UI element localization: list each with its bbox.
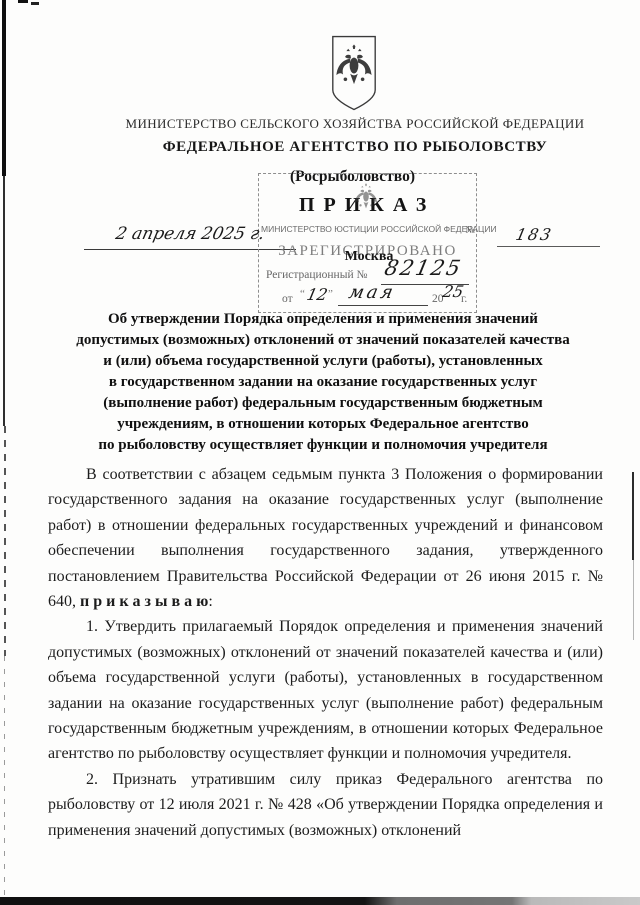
scanned-order-page: МИНИСТЕРСТВО СЕЛЬСКОГО ХОЗЯЙСТВА РОССИЙС… xyxy=(0,0,640,905)
agency-name: ФЕДЕРАЛЬНОЕ АГЕНТСТВО ПО РЫБОЛОВСТВУ xyxy=(70,139,640,156)
stamp-quote-open: “ xyxy=(300,288,305,300)
handwritten-issue-date: 2 апреля 2025 г. xyxy=(82,224,298,244)
scan-artifact-left-edge xyxy=(4,656,5,896)
handwritten-reg-month: мая xyxy=(349,282,396,303)
scan-artifact-left-edge xyxy=(3,176,5,426)
order-title-line: (выполнение работ) федеральным государст… xyxy=(37,393,609,414)
preamble-paragraph: В соответствии с абзацем седьмым пункта … xyxy=(48,462,603,614)
order-title-line: учреждениям, в отношении которых Федерал… xyxy=(37,414,609,435)
handwritten-reg-day: 12 xyxy=(307,285,327,305)
order-title-line: по рыболовству осуществляет функции и по… xyxy=(37,435,609,456)
stamp-quote-close: ” xyxy=(328,288,333,300)
stamp-reg-number-label: Регистрационный № xyxy=(266,269,367,281)
stamp-emblem-icon xyxy=(345,183,387,211)
scan-artifact-bottom-bar xyxy=(0,897,640,905)
stamp-from-label: от xyxy=(282,293,293,305)
item-1-paragraph: 1. Утвердить прилагаемый Порядок определ… xyxy=(48,614,603,766)
handwritten-order-number: 183 xyxy=(516,225,553,245)
scan-speck xyxy=(18,0,28,3)
order-body: В соответствии с абзацем седьмым пункта … xyxy=(48,462,603,843)
scan-artifact-left-edge xyxy=(4,426,6,656)
order-title-line: допустимых (возможных) отклонений от зна… xyxy=(37,330,609,351)
scan-artifact-right-edge xyxy=(633,560,634,640)
order-title-line: и (или) объема государственной услуги (р… xyxy=(37,351,609,372)
item-2-paragraph: 2. Признать утратившим силу приказ Федер… xyxy=(48,767,603,843)
order-title: Об утверждении Порядка определения и при… xyxy=(37,309,609,456)
ministry-name: МИНИСТЕРСТВО СЕЛЬСКОГО ХОЗЯЙСТВА РОССИЙС… xyxy=(70,116,640,132)
order-title-line: Об утверждении Порядка определения и при… xyxy=(37,309,609,330)
prikazyvayu-keyword: п р и к а з ы в а ю xyxy=(80,593,208,610)
number-underline xyxy=(497,246,600,247)
city-label: Москва xyxy=(338,249,400,265)
stamp-month-underline xyxy=(338,305,428,306)
stamp-number-sign: № xyxy=(465,225,475,236)
coat-of-arms-icon xyxy=(328,34,380,112)
scan-artifact-left-edge xyxy=(2,0,6,176)
scan-speck xyxy=(31,2,39,5)
scan-artifact-right-edge xyxy=(632,472,634,560)
stamp-year-suffix: г. xyxy=(461,293,467,305)
order-title-line: в государственном задании на оказание го… xyxy=(37,372,609,393)
